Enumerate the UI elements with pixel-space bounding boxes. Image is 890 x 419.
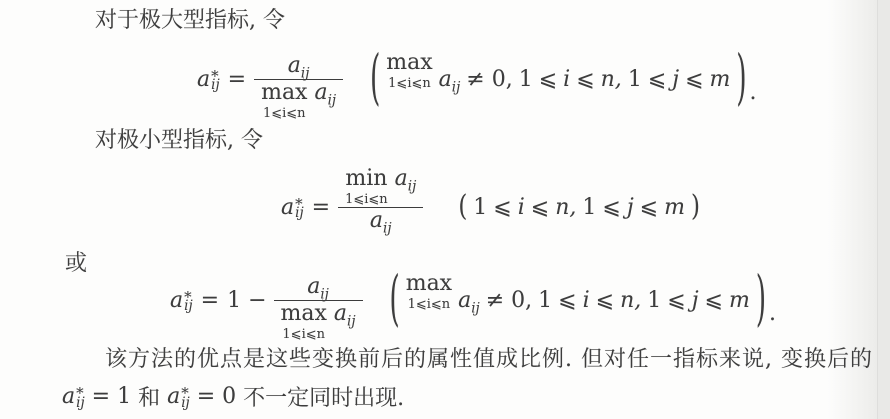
denominator: aij xyxy=(363,208,399,234)
max-operator: max1⩽i⩽n xyxy=(386,52,432,90)
closing-tail-text: 不一定同时出现. xyxy=(243,381,404,412)
intro-min-type-text: 对极小型指标, 令 xyxy=(95,128,263,154)
right-paren: ) xyxy=(756,270,766,330)
formula-min-type: a*ij = min1⩽i⩽naij aij ( 1 ⩽ i ⩽ n, 1 ⩽ … xyxy=(281,166,705,248)
one-minus: 1 − xyxy=(227,288,266,313)
right-paren: ) xyxy=(736,49,746,109)
denominator: max1⩽i⩽naij xyxy=(254,80,343,121)
a-star-ij: a*ij xyxy=(281,195,304,220)
fraction: min1⩽i⩽naij aij xyxy=(338,166,423,234)
or-text: 或 xyxy=(65,251,87,277)
numerator: aij xyxy=(281,53,317,79)
period: . xyxy=(750,80,757,105)
formula-alternative: a*ij = 1 − aij max1⩽i⩽naij ( max1⩽i⩽n ai… xyxy=(170,258,776,342)
max-operator: max1⩽i⩽n xyxy=(406,273,452,311)
left-paren: ( xyxy=(370,49,380,109)
a-star-ij: a*ij xyxy=(197,67,220,92)
equals-sign: = xyxy=(201,288,219,313)
numerator: aij xyxy=(300,274,336,300)
and-text: 和 xyxy=(138,381,160,412)
scanned-page: 对于极大型指标, 令 a*ij = aij max1⩽i⩽naij ( max1… xyxy=(0,0,890,419)
fraction: aij max1⩽i⩽naij xyxy=(274,274,363,342)
fraction: aij max1⩽i⩽naij xyxy=(254,53,343,121)
denominator: max1⩽i⩽naij xyxy=(274,301,363,342)
right-paren: ) xyxy=(691,193,700,222)
closing-paragraph-line2: a*ij = 1 和 a*ij = 0 不一定同时出现. xyxy=(62,381,404,412)
equals-sign: = xyxy=(92,384,110,409)
condition: max1⩽i⩽n aij ≠ 0, 1 ⩽ i ⩽ n, 1 ⩽ j ⩽ m xyxy=(406,273,750,327)
closing-paragraph-line1: 该方法的优点是这些变换前后的属性值成比例. 但对任一指标来说, 变换后的 xyxy=(105,347,873,373)
equals-sign: = xyxy=(228,67,246,92)
left-paren: ( xyxy=(458,193,467,222)
intro-max-type-text: 对于极大型指标, 令 xyxy=(95,8,285,34)
page-edge xyxy=(877,0,890,419)
left-paren: ( xyxy=(390,270,400,330)
a-star-ij: a*ij xyxy=(62,384,85,409)
condition: ( 1 ⩽ i ⩽ n, 1 ⩽ j ⩽ m ) xyxy=(458,195,700,220)
a-star-ij: a*ij xyxy=(170,288,193,313)
formula-max-type: a*ij = aij max1⩽i⩽naij ( max1⩽i⩽n aij ≠ … xyxy=(197,37,757,121)
equals-sign: = xyxy=(197,384,215,409)
period: . xyxy=(769,301,776,326)
a-star-ij: a*ij xyxy=(167,384,190,409)
numerator: min1⩽i⩽naij xyxy=(338,166,423,207)
equals-sign: = xyxy=(312,195,330,220)
condition: max1⩽i⩽n aij ≠ 0, 1 ⩽ i ⩽ n, 1 ⩽ j ⩽ m xyxy=(386,52,730,106)
